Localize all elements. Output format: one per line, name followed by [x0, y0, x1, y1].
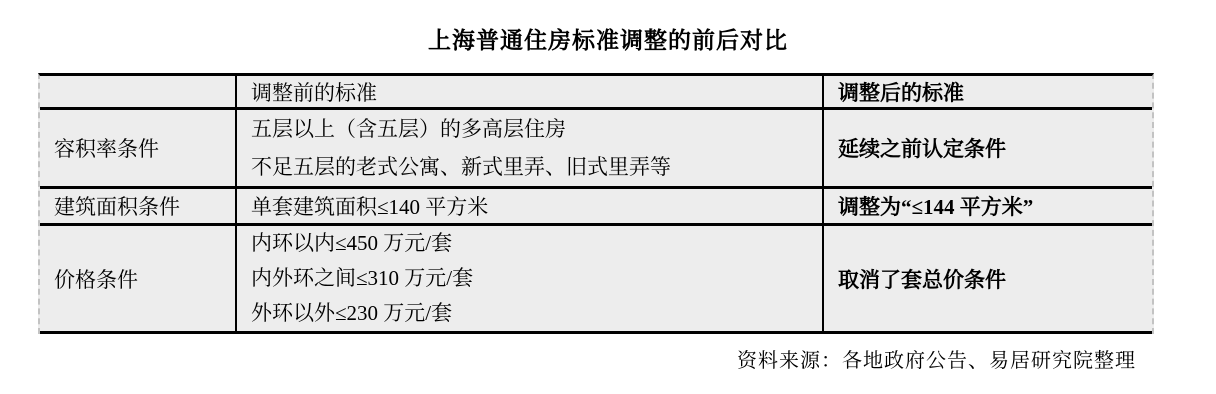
cell-before: 单套建筑面积≤140 平方米 — [235, 189, 822, 226]
header-cell-before: 调整前的标准 — [235, 76, 822, 110]
header-cell-blank — [40, 76, 235, 110]
table-row-price: 价格条件 内环以内≤450 万元/套 内外环之间≤310 万元/套 外环以外≤2… — [40, 226, 1152, 334]
table-row-floor-area: 建筑面积条件 单套建筑面积≤140 平方米 调整为“≤144 平方米” — [40, 189, 1152, 226]
header-cell-after: 调整后的标准 — [822, 76, 1152, 110]
row-label: 容积率条件 — [40, 110, 235, 189]
cell-before: 内环以内≤450 万元/套 内外环之间≤310 万元/套 外环以外≤230 万元… — [235, 226, 822, 334]
comparison-table: 调整前的标准 调整后的标准 容积率条件 五层以上（含五层）的多高层住房 不足五层… — [38, 73, 1154, 334]
figure-title: 上海普通住房标准调整的前后对比 — [0, 22, 1216, 55]
source-note: 资料来源：各地政府公告、易居研究院整理 — [737, 344, 1136, 373]
cell-line: 外环以外≤230 万元/套 — [251, 296, 816, 331]
cell-line: 内环以内≤450 万元/套 — [251, 226, 816, 261]
cell-after: 取消了套总价条件 — [822, 226, 1152, 334]
cell-after: 延续之前认定条件 — [822, 110, 1152, 189]
table-row-plot-ratio: 容积率条件 五层以上（含五层）的多高层住房 不足五层的老式公寓、新式里弄、旧式里… — [40, 110, 1152, 189]
table-header-row: 调整前的标准 调整后的标准 — [40, 76, 1152, 110]
cell-line: 不足五层的老式公寓、新式里弄、旧式里弄等 — [251, 148, 816, 186]
cell-line: 内外环之间≤310 万元/套 — [251, 261, 816, 296]
cell-line: 单套建筑面积≤140 平方米 — [251, 191, 816, 221]
row-label: 建筑面积条件 — [40, 189, 235, 226]
row-label: 价格条件 — [40, 226, 235, 334]
cell-after: 调整为“≤144 平方米” — [822, 189, 1152, 226]
cell-before: 五层以上（含五层）的多高层住房 不足五层的老式公寓、新式里弄、旧式里弄等 — [235, 110, 822, 189]
cell-line: 五层以上（含五层）的多高层住房 — [251, 110, 816, 148]
figure: 上海普通住房标准调整的前后对比 调整前的标准 调整后的标准 容积率条件 五层以上… — [0, 0, 1216, 394]
